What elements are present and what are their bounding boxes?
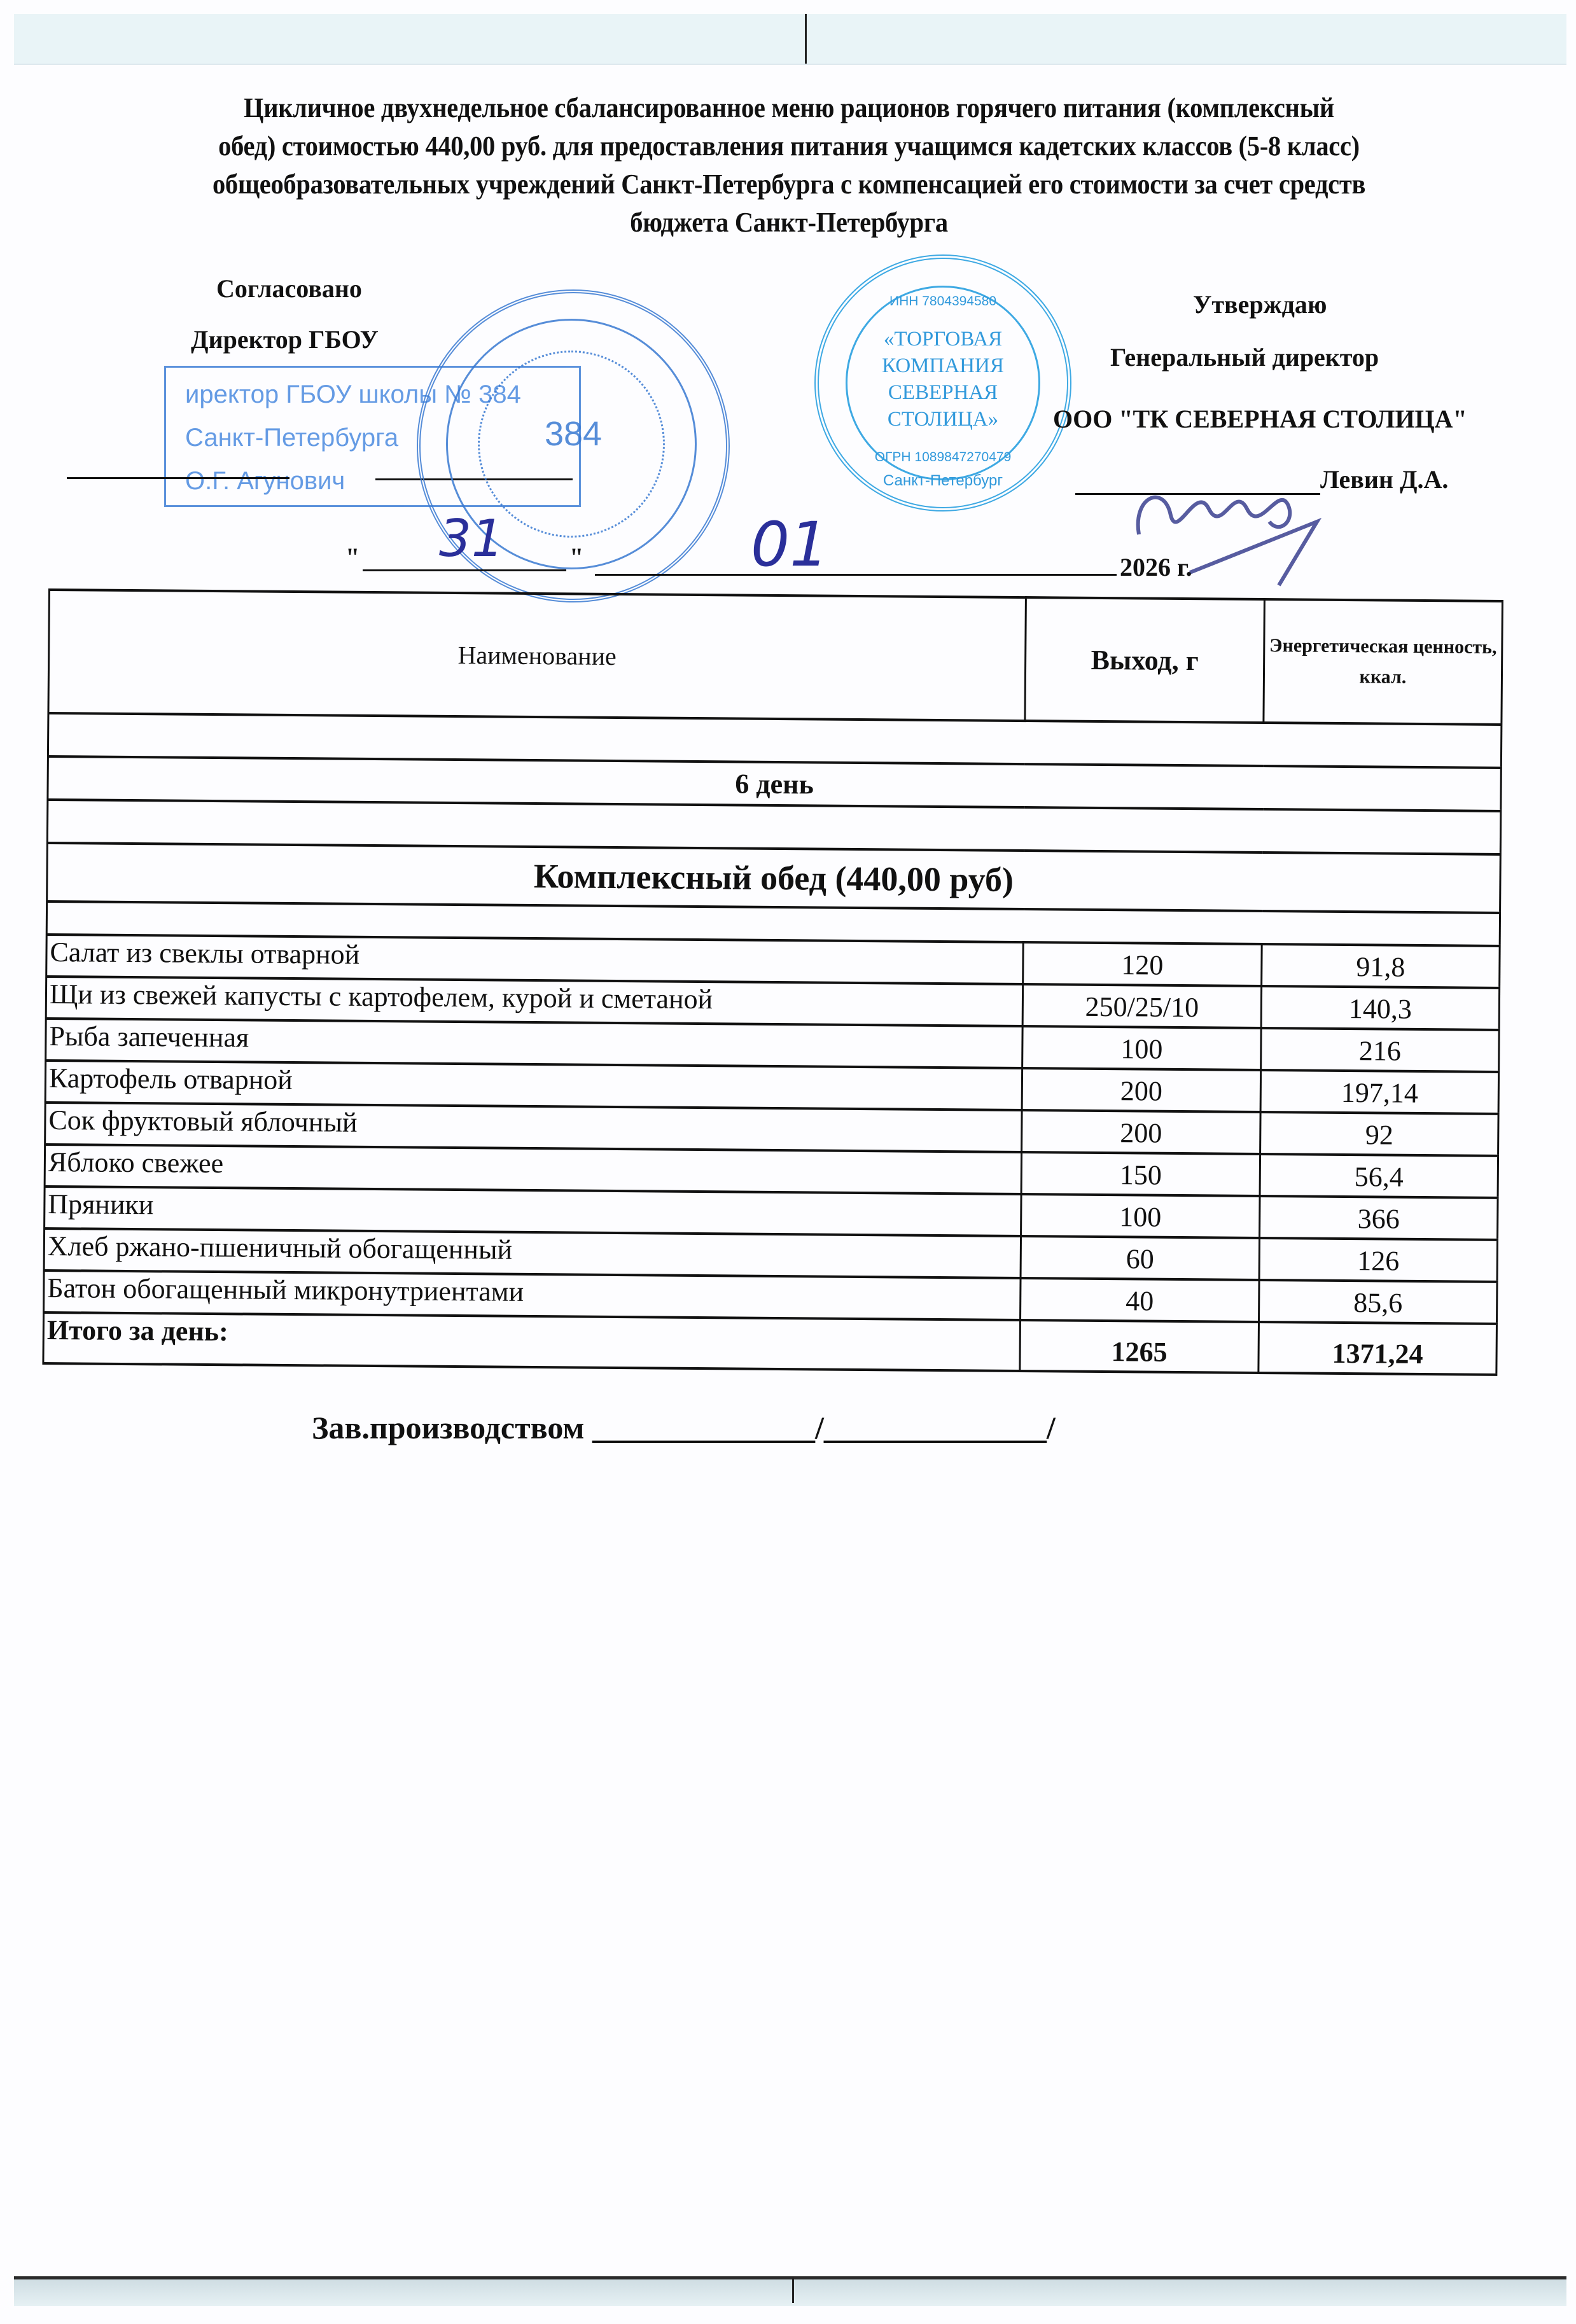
header-kcal: Энергетическая ценность, ккал.: [1264, 599, 1503, 725]
stamp-center-line: КОМПАНИЯ: [819, 352, 1067, 379]
meal-label: Комплексный обед (440,00 руб): [47, 843, 1501, 913]
approve-heading: Утверждаю: [1193, 289, 1327, 319]
dish-yield: 250/25/10: [1022, 984, 1262, 1028]
company-round-stamp: ИНН 7804394580 «ТОРГОВАЯ КОМПАНИЯ СЕВЕРН…: [814, 254, 1071, 511]
stamp-center-line: СТОЛИЦА»: [819, 406, 1067, 433]
title-line: Цикличное двухнедельное сбалансированное…: [116, 89, 1462, 127]
scan-divider-bottom: [792, 2278, 794, 2303]
agreed-heading: Согласовано: [216, 274, 362, 303]
dish-kcal: 140,3: [1261, 986, 1500, 1030]
date-open-quote: ": [345, 542, 359, 572]
stamp-city: Санкт-Петербург: [819, 472, 1067, 490]
production-manager-signature: Зав.производством ______________/_______…: [312, 1409, 1056, 1446]
title-line: общеобразовательных учреждений Санкт-Пет…: [116, 165, 1462, 204]
dish-kcal: 126: [1259, 1238, 1498, 1282]
dish-name: Сок фруктовый яблочный: [45, 1103, 1022, 1152]
title-line: обед) стоимостью 440,00 руб. для предост…: [116, 127, 1462, 165]
stamp-emblem-number: 384: [421, 414, 726, 454]
approve-signer: Левин Д.А.: [1320, 464, 1448, 494]
date-month-handwritten: 01: [751, 509, 828, 580]
total-yield: 1265: [1020, 1320, 1259, 1373]
dish-name: Хлеб ржано-пшеничный обогащенный: [44, 1228, 1021, 1278]
scan-border-top: [14, 14, 1566, 65]
dish-kcal: 85,6: [1259, 1280, 1498, 1324]
dish-kcal: 91,8: [1262, 944, 1500, 988]
dish-kcal: 216: [1261, 1028, 1500, 1072]
total-row: Итого за день: 1265 1371,24: [43, 1312, 1497, 1375]
stamp-center-text: «ТОРГОВАЯ КОМПАНИЯ СЕВЕРНАЯ СТОЛИЦА»: [819, 326, 1067, 433]
date-day-handwritten: 31: [439, 509, 504, 568]
dish-name: Яблоко свежее: [45, 1145, 1021, 1194]
header-yield: Выход, г: [1025, 597, 1265, 723]
date-close-quote: ": [569, 542, 583, 572]
scan-border-bottom: [14, 2276, 1566, 2306]
dish-name: Батон обогащенный микронутриентами: [44, 1270, 1021, 1320]
menu-table: Наименование Выход, г Энергетическая цен…: [42, 588, 1503, 1376]
scan-divider-top: [805, 14, 807, 64]
stamp-center-line: «ТОРГОВАЯ: [819, 326, 1067, 352]
meal-row: Комплексный обед (440,00 руб): [47, 843, 1501, 913]
date-year: 2026 г.: [1120, 552, 1192, 582]
table-header-row: Наименование Выход, г Энергетическая цен…: [48, 590, 1502, 725]
left-signature-line: [67, 477, 289, 479]
approve-company: ООО "ТК СЕВЕРНАЯ СТОЛИЦА": [1053, 404, 1467, 434]
dish-name: Рыба запеченная: [46, 1019, 1022, 1068]
production-manager-blank: ______________/______________/: [592, 1410, 1056, 1445]
dish-yield: 200: [1022, 1068, 1261, 1112]
dish-yield: 200: [1022, 1110, 1261, 1154]
dish-yield: 150: [1021, 1152, 1260, 1196]
total-kcal: 1371,24: [1259, 1322, 1497, 1375]
dish-yield: 100: [1022, 1026, 1262, 1070]
stamp-ogrn: ОГРН 1089847270479: [819, 450, 1067, 465]
agreed-position: Директор ГБОУ: [191, 324, 379, 354]
dish-name: Картофель отварной: [45, 1061, 1022, 1110]
dish-name: Пряники: [45, 1186, 1021, 1236]
stamp-center-line: СЕВЕРНАЯ: [819, 379, 1067, 406]
stamp-inn: ИНН 7804394580: [819, 294, 1067, 309]
total-label: Итого за день:: [43, 1312, 1021, 1371]
dish-yield: 40: [1021, 1278, 1260, 1322]
dish-kcal: 56,4: [1260, 1154, 1498, 1198]
dish-name: Салат из свеклы отварной: [46, 935, 1023, 984]
dish-name: Щи из свежей капусты с картофелем, курой…: [46, 977, 1022, 1026]
header-name: Наименование: [48, 590, 1026, 721]
document-title: Цикличное двухнедельное сбалансированное…: [116, 89, 1462, 242]
dish-yield: 60: [1021, 1236, 1260, 1280]
title-line: бюджета Санкт-Петербурга: [116, 204, 1462, 242]
dish-kcal: 197,14: [1260, 1070, 1499, 1114]
date-day-line: [363, 569, 566, 571]
date-month-line: [595, 574, 1117, 576]
dish-kcal: 366: [1260, 1196, 1498, 1240]
production-manager-label: Зав.производством: [312, 1410, 584, 1445]
dish-yield: 120: [1023, 942, 1262, 986]
approve-position: Генеральный директор: [1110, 342, 1379, 372]
dish-yield: 100: [1021, 1194, 1260, 1238]
dish-kcal: 92: [1260, 1112, 1499, 1156]
